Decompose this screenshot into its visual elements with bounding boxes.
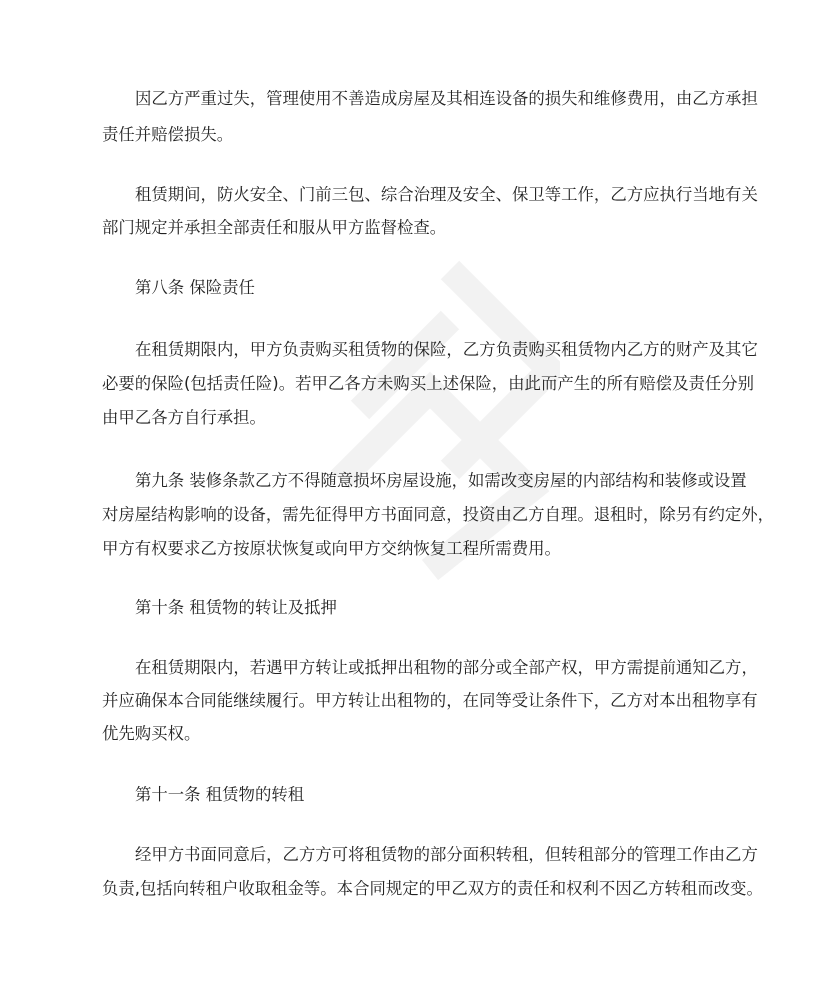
document-page: 因乙方严重过失，管理使用不善造成房屋及其相连设备的损失和维修费用，由乙方承担 责… [0,0,830,986]
paragraph-line: 由甲乙各方自行承担。 [102,401,728,435]
section-heading: 第八条 保险责任 [135,271,255,305]
section-heading: 第十一条 租赁物的转租 [135,778,304,812]
section-heading: 第十条 租赁物的转让及抵押 [135,591,337,625]
paragraph-line: 并应确保本合同能继续履行。甲方转让出租物的，在同等受让条件下，乙方对本出租物享有 [102,684,728,718]
paragraph-line: 责任并赔偿损失。 [102,118,728,152]
paragraph-line: 优先购买权。 [102,717,728,751]
paragraph-line: 经甲方书面同意后，乙方方可将租赁物的部分面积转租，但转租部分的管理工作由乙方 [135,838,728,872]
paragraph-line: 对房屋结构影响的设备，需先征得甲方书面同意，投资由乙方自理。退租时，除另有约定外… [102,498,728,532]
paragraph-line: 第九条 装修条款乙方不得随意损坏房屋设施，如需改变房屋的内部结构和装修或设置 [135,464,728,498]
paragraph-line: 在租赁期限内，若遇甲方转让或抵押出租物的部分或全部产权，甲方需提前通知乙方， [135,651,728,685]
paragraph-line: 租赁期间，防火安全、门前三包、综合治理及安全、保卫等工作，乙方应执行当地有关 [135,178,728,212]
paragraph-line: 甲方有权要求乙方按原状恢复或向甲方交纳恢复工程所需费用。 [102,532,728,566]
paragraph-line: 因乙方严重过失，管理使用不善造成房屋及其相连设备的损失和维修费用，由乙方承担 [135,82,728,116]
paragraph-line: 部门规定并承担全部责任和服从甲方监督检查。 [102,211,728,245]
paragraph-line: 在租赁期限内，甲方负责购买租赁物的保险，乙方负责购买租赁物内乙方的财产及其它 [135,333,728,367]
paragraph-line: 必要的保险(包括责任险)。若甲乙各方未购买上述保险，由此而产生的所有赔偿及责任分… [102,367,728,401]
paragraph-line: 负责,包括向转租户收取租金等。本合同规定的甲乙双方的责任和权利不因乙方转租而改变… [102,872,728,906]
